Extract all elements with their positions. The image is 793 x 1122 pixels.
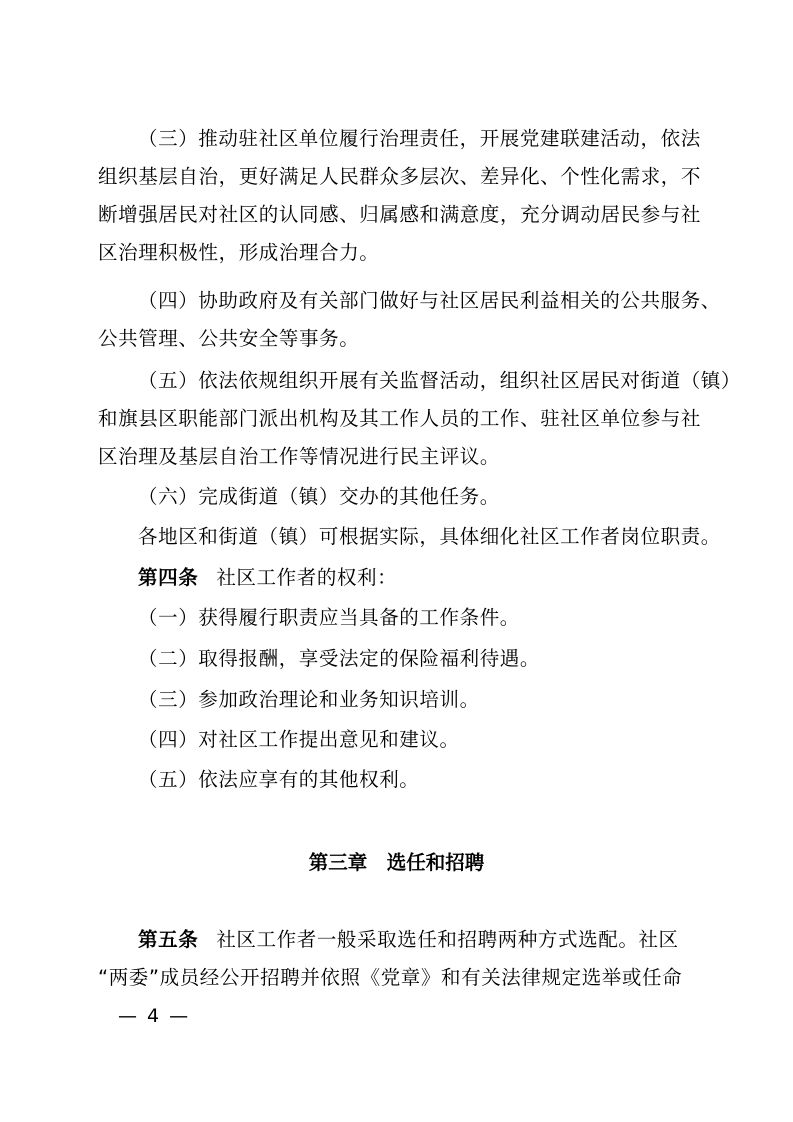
paragraph-line: 区治理及基层自治工作等情况进行民主评议。 xyxy=(98,446,500,468)
article-text: 社区工作者一般采取选任和招聘两种方式选配。社区 xyxy=(216,928,678,951)
article-4-line: 第四条社区工作者的权利： xyxy=(138,567,397,589)
chapter-heading: 第三章 选任和招聘 xyxy=(0,847,793,875)
page-number: — 4 — xyxy=(118,1005,190,1027)
article-label: 第四条 xyxy=(138,566,198,589)
paragraph-line: 区治理积极性，形成治理合力。 xyxy=(98,242,379,264)
article-text: 社区工作者的权利： xyxy=(216,566,397,589)
paragraph-line: （四）协助政府及有关部门做好与社区居民利益相关的公共服务、 xyxy=(138,290,721,312)
list-item: （四）对社区工作提出意见和建议。 xyxy=(138,729,460,751)
paragraph-line: （六）完成街道（镇）交办的其他任务。 xyxy=(138,486,500,508)
list-item: （一）获得履行职责应当具备的工作条件。 xyxy=(138,607,520,629)
paragraph-line: 组织基层自治，更好满足人民群众多层次、差异化、个性化需求，不 xyxy=(98,166,701,188)
article-label: 第五条 xyxy=(138,928,198,951)
list-item: （二）取得报酬，享受法定的保险福利待遇。 xyxy=(138,648,540,670)
list-item: （三）参加政治理论和业务知识培训。 xyxy=(138,689,480,711)
paragraph-line: 各地区和街道（镇）可根据实际，具体细化社区工作者岗位职责。 xyxy=(138,526,721,548)
paragraph-line: 断增强居民对社区的认同感、归属感和满意度，充分调动居民参与社 xyxy=(98,204,701,226)
article-5-line: 第五条社区工作者一般采取选任和招聘两种方式选配。社区 xyxy=(138,929,679,951)
paragraph-line: 公共管理、公共安全等事务。 xyxy=(98,328,359,350)
paragraph-line: （三）推动驻社区单位履行治理责任，开展党建联建活动，依法 xyxy=(138,128,701,150)
paragraph-line: 和旗县区职能部门派出机构及其工作人员的工作、驻社区单位参与社 xyxy=(98,408,701,430)
paragraph-line: “两委”成员经公开招聘并依照《党章》和有关法律规定选举或任命 xyxy=(98,967,682,989)
list-item: （五）依法应享有的其他权利。 xyxy=(138,769,419,791)
paragraph-line: （五）依法依规组织开展有关监督活动，组织社区居民对街道（镇） xyxy=(138,370,741,392)
